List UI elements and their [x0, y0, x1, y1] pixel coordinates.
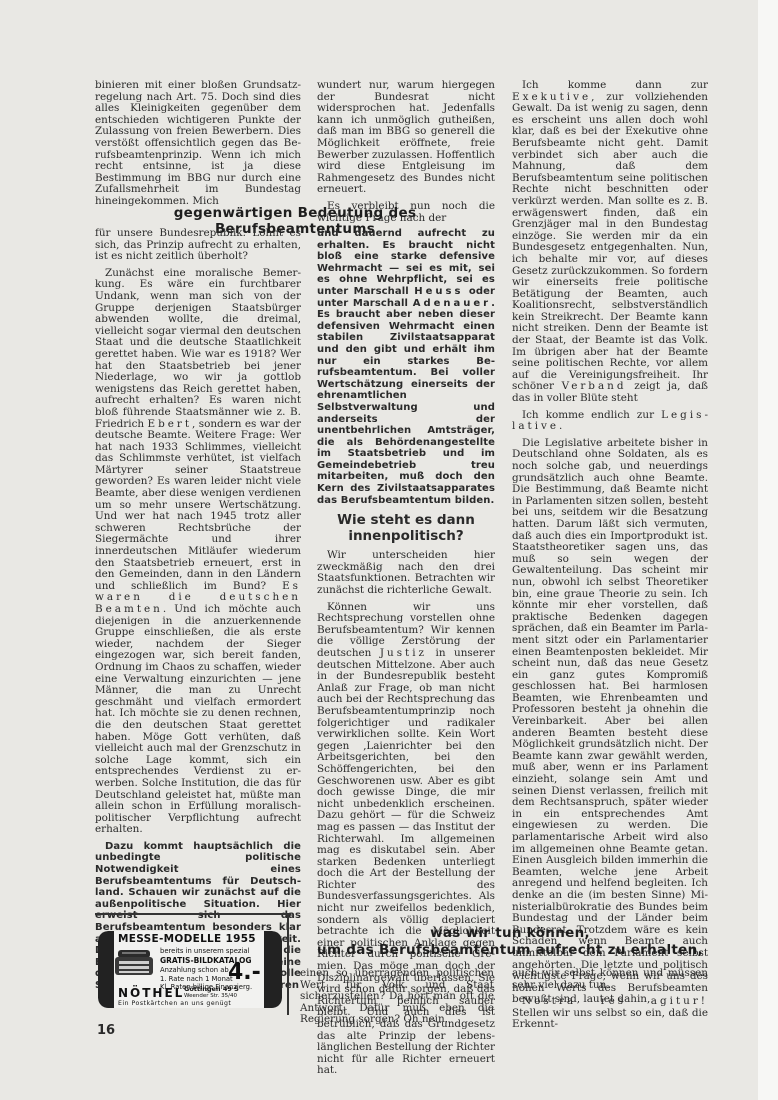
ad-price: 4.- [228, 962, 261, 984]
bottom-left-column: einen so überragenden politischen Wert f… [300, 968, 494, 1031]
divider-vertical [287, 915, 289, 1015]
column-3: Ich komme dann zur Exekutive, zur vollzi… [512, 80, 708, 1011]
word-justiz: Justiz [380, 647, 427, 659]
bottom-right-column: auch wir selbst können und müssen sehr v… [512, 968, 708, 1036]
name-heuss: Heuss [414, 286, 463, 297]
name-ebert: Ebert [148, 418, 193, 430]
column-1-body: für unsere Bundesrepublik. Lohnt es sich… [95, 228, 301, 997]
paragraph: Ich komme dann zur Exekutive, zur vollzi… [512, 80, 708, 405]
ad-brand: NÖTHEL [118, 986, 184, 1000]
name-adenauer: Adenauer [413, 298, 491, 309]
latin-phrase: Nostra res agitur! [522, 995, 708, 1007]
paragraph-bold: und dauernd aufrecht zu erhalten. Es bra… [317, 228, 495, 506]
paragraph: Nostra res agitur! Stellen wir uns selbs… [512, 996, 708, 1031]
advertisement-noethel: MESSE-MODELLE 1955 bereits in unserem sp… [98, 931, 282, 1008]
paragraph: einen so überragenden politischen Wert f… [300, 968, 494, 1026]
paragraph: Ich komme endlich zur Legis­lative. [512, 410, 708, 433]
paragraph: binieren mit einer bloßen Grundsatz­rege… [95, 80, 301, 208]
paragraph: für unsere Bundesrepublik. Lohnt es sich… [95, 228, 301, 263]
ad-footer: Ein Postkärtchen an uns genügt [118, 1000, 231, 1007]
typewriter-icon [112, 947, 156, 979]
paragraph: wundert nur, warum hiergegen der Bundesr… [317, 80, 495, 196]
paragraph: Die Legislative arbeitete bisher in Deut… [512, 438, 708, 1006]
page-number: 16 [97, 1023, 115, 1038]
ad-title: MESSE-MODELLE 1955 [118, 933, 256, 945]
divider-horizontal [95, 913, 291, 915]
section-heading-was-wir-tun: was wir tun können, um das Berufsbeamten… [310, 925, 710, 959]
ad-line-1: bereits in unserem spezial [160, 947, 249, 955]
ad-address: Göttingen 49 S Weender Str. 35/40 [184, 986, 239, 1000]
heading-line-2: um das Berufsbeamtentum aufrecht zu erha… [310, 942, 710, 959]
paragraph: Zunächst eine moralische Bemer­kung. Es … [95, 268, 301, 836]
column-1-top: binieren mit einer bloßen Grundsatz­rege… [95, 80, 301, 213]
subheading-innenpolitisch: Wie steht es dann innenpolitisch? [317, 512, 495, 544]
heading-line-1: was wir tun können, [310, 925, 710, 942]
paragraph: auch wir selbst können und müssen sehr v… [512, 968, 708, 991]
word-verband: Verband [562, 380, 627, 392]
word-exekutive: Exekutive [512, 91, 591, 103]
paragraph: Wir unterscheiden hier zweckmäßig nach d… [317, 550, 495, 596]
